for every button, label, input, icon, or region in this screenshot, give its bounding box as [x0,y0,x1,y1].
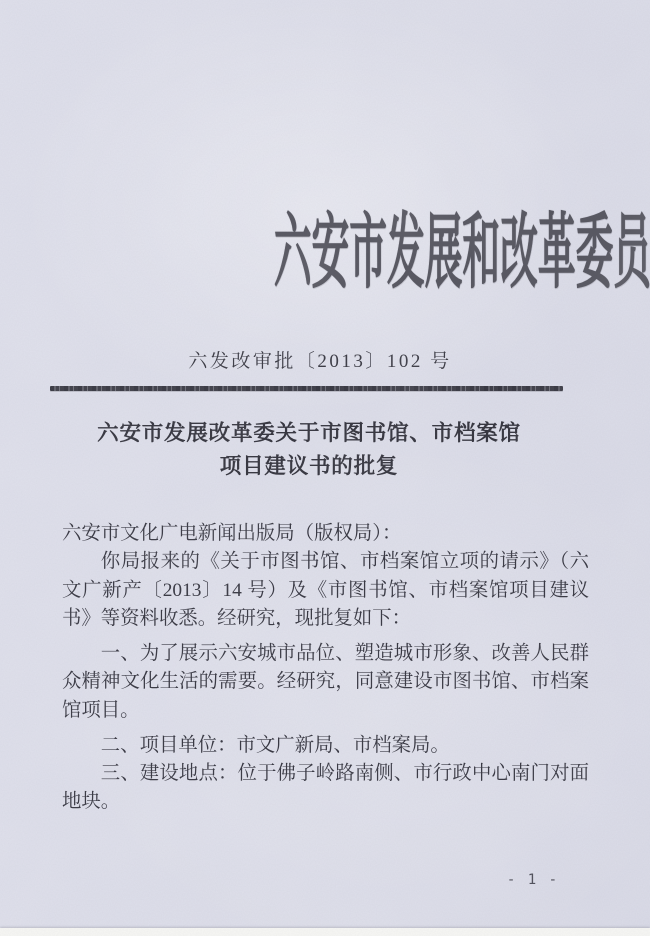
scanned-official-document-page: 六安市发展和改革委员会文件 六发改审批〔2013〕102 号 六安市发展改革委关… [0,0,650,936]
page-number: - 1 - [493,872,573,888]
subject-line-2: 项目建议书的批复 [0,450,634,483]
salutation: 六安市文化广电新闻出版局（版权局）： [62,520,589,548]
doc-number: 六发改审批〔2013〕102 号 [0,350,645,373]
body-paragraph-2: 一、为了展示六安城市品位、塑造城市形象、改善人民群众精神文化生活的需要。经研究，… [62,640,589,725]
page-bottom-edge [0,928,650,936]
subject-title: 六安市发展改革委关于市图书馆、市档案馆 项目建议书的批复 [0,417,634,483]
subject-line-1: 六安市发展改革委关于市图书馆、市档案馆 [0,417,634,450]
body-paragraph-3: 二、项目单位：市文广新局、市档案局。 [62,732,589,760]
body-paragraph-1: 你局报来的《关于市图书馆、市档案馆立项的请示》（六文广新产〔2013〕14 号）… [62,548,589,633]
masthead: 六安市发展和改革委员会文件 [0,212,636,294]
body-paragraph-4: 三、建设地点：位于佛子岭路南侧、市行政中心南门对面地块。 [62,760,589,817]
document-body: 六安市文化广电新闻出版局（版权局）： 你局报来的《关于市图书馆、市档案馆立项的请… [62,520,589,817]
masthead-rule [50,386,563,391]
masthead-title: 六安市发展和改革委员会文件 [274,212,650,294]
